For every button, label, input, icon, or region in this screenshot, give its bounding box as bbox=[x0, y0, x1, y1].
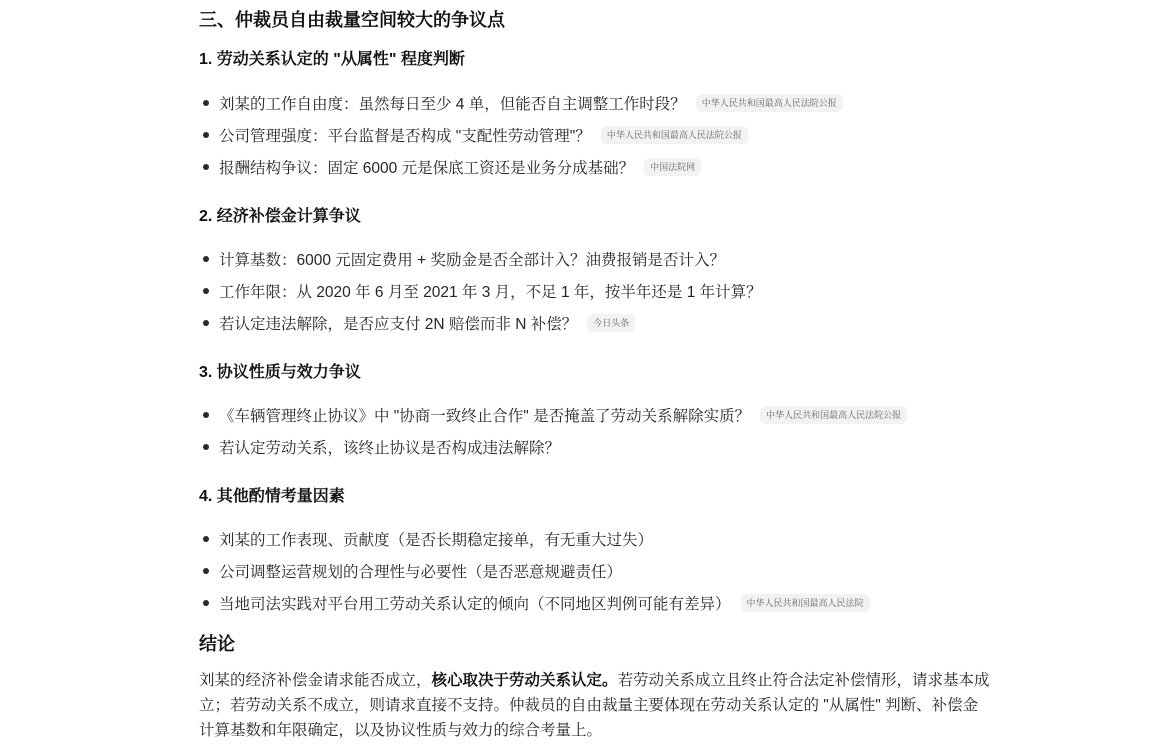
subsection-heading-1: 1. 劳动关系认定的 "从属性" 程度判断 bbox=[199, 46, 465, 69]
list-item: 报酬结构争议：固定 6000 元是保底工资还是业务分成基础？ 中国法院网 bbox=[199, 154, 701, 180]
conclusion-text-before: 刘某的经济补偿金请求能否成立， bbox=[199, 672, 432, 689]
subsection-heading-3: 3. 协议性质与效力争议 bbox=[199, 359, 361, 382]
bullet-icon bbox=[203, 568, 209, 574]
bullet-icon bbox=[203, 132, 209, 138]
list-item-text: 《车辆管理终止协议》中 "协商一致终止合作" 是否掩盖了劳动关系解除实质？ bbox=[219, 404, 750, 426]
list-item-text: 刘某的工作表现、贡献度（是否长期稳定接单，有无重大过失） bbox=[219, 528, 653, 550]
list-item-text: 公司管理强度：平台监督是否构成 "支配性劳动管理"？ bbox=[219, 124, 591, 146]
bullet-icon bbox=[203, 320, 209, 326]
list-item-text: 若认定劳动关系，该终止协议是否构成违法解除？ bbox=[219, 436, 560, 458]
list-item: 刘某的工作自由度：虽然每日至少 4 单，但能否自主调整工作时段？ 中华人民共和国… bbox=[199, 90, 843, 116]
list-item: 公司调整运营规划的合理性与必要性（是否恶意规避责任） bbox=[199, 558, 622, 584]
subsection-heading-2: 2. 经济补偿金计算争议 bbox=[199, 203, 361, 226]
list-item: 公司管理强度：平台监督是否构成 "支配性劳动管理"？ 中华人民共和国最高人民法院… bbox=[199, 122, 748, 148]
list-item-text: 若认定违法解除，是否应支付 2N 赔偿而非 N 补偿？ bbox=[219, 312, 577, 334]
list-item: 若认定违法解除，是否应支付 2N 赔偿而非 N 补偿？ 今日头条 bbox=[199, 310, 635, 336]
bullet-icon bbox=[203, 536, 209, 542]
list-item: 若认定劳动关系，该终止协议是否构成违法解除？ bbox=[199, 434, 560, 460]
list-item: 计算基数：6000 元固定费用 + 奖励金是否全部计入？油费报销是否计入？ bbox=[199, 246, 725, 272]
source-badge[interactable]: 中华人民共和国最高人民法院 bbox=[741, 594, 870, 612]
list-item-text: 当地司法实践对平台用工劳动关系认定的倾向（不同地区判例可能有差异） bbox=[219, 592, 731, 614]
section-title: 三、仲裁员自由裁量空间较大的争议点 bbox=[199, 6, 505, 32]
list-item: 《车辆管理终止协议》中 "协商一致终止合作" 是否掩盖了劳动关系解除实质？ 中华… bbox=[199, 402, 907, 428]
bullet-icon bbox=[203, 600, 209, 606]
list-item-text: 公司调整运营规划的合理性与必要性（是否恶意规避责任） bbox=[219, 560, 622, 582]
conclusion-paragraph: 刘某的经济补偿金请求能否成立，核心取决于劳动关系认定。若劳动关系成立且终止符合法… bbox=[199, 668, 991, 743]
list-item: 当地司法实践对平台用工劳动关系认定的倾向（不同地区判例可能有差异） 中华人民共和… bbox=[199, 590, 870, 616]
bullet-icon bbox=[203, 164, 209, 170]
source-badge[interactable]: 中华人民共和国最高人民法院公报 bbox=[760, 406, 907, 424]
list-item-text: 工作年限：从 2020 年 6 月至 2021 年 3 月，不足 1 年，按半年… bbox=[219, 280, 762, 302]
bullet-icon bbox=[203, 288, 209, 294]
source-badge[interactable]: 中华人民共和国最高人民法院公报 bbox=[696, 94, 843, 112]
list-item-text: 计算基数：6000 元固定费用 + 奖励金是否全部计入？油费报销是否计入？ bbox=[219, 248, 725, 270]
subsection-heading-4: 4. 其他酌情考量因素 bbox=[199, 483, 345, 506]
source-badge[interactable]: 中华人民共和国最高人民法院公报 bbox=[601, 126, 748, 144]
source-badge[interactable]: 中国法院网 bbox=[644, 158, 701, 176]
list-item-text: 刘某的工作自由度：虽然每日至少 4 单，但能否自主调整工作时段？ bbox=[219, 92, 686, 114]
conclusion-title: 结论 bbox=[199, 630, 235, 656]
bullet-icon bbox=[203, 100, 209, 106]
bullet-icon bbox=[203, 256, 209, 262]
list-item: 刘某的工作表现、贡献度（是否长期稳定接单，有无重大过失） bbox=[199, 526, 653, 552]
list-item-text: 报酬结构争议：固定 6000 元是保底工资还是业务分成基础？ bbox=[219, 156, 634, 178]
bullet-icon bbox=[203, 412, 209, 418]
bullet-icon bbox=[203, 444, 209, 450]
list-item: 工作年限：从 2020 年 6 月至 2021 年 3 月，不足 1 年，按半年… bbox=[199, 278, 762, 304]
conclusion-text-bold: 核心取决于劳动关系认定。 bbox=[432, 672, 618, 689]
source-badge[interactable]: 今日头条 bbox=[587, 314, 635, 332]
